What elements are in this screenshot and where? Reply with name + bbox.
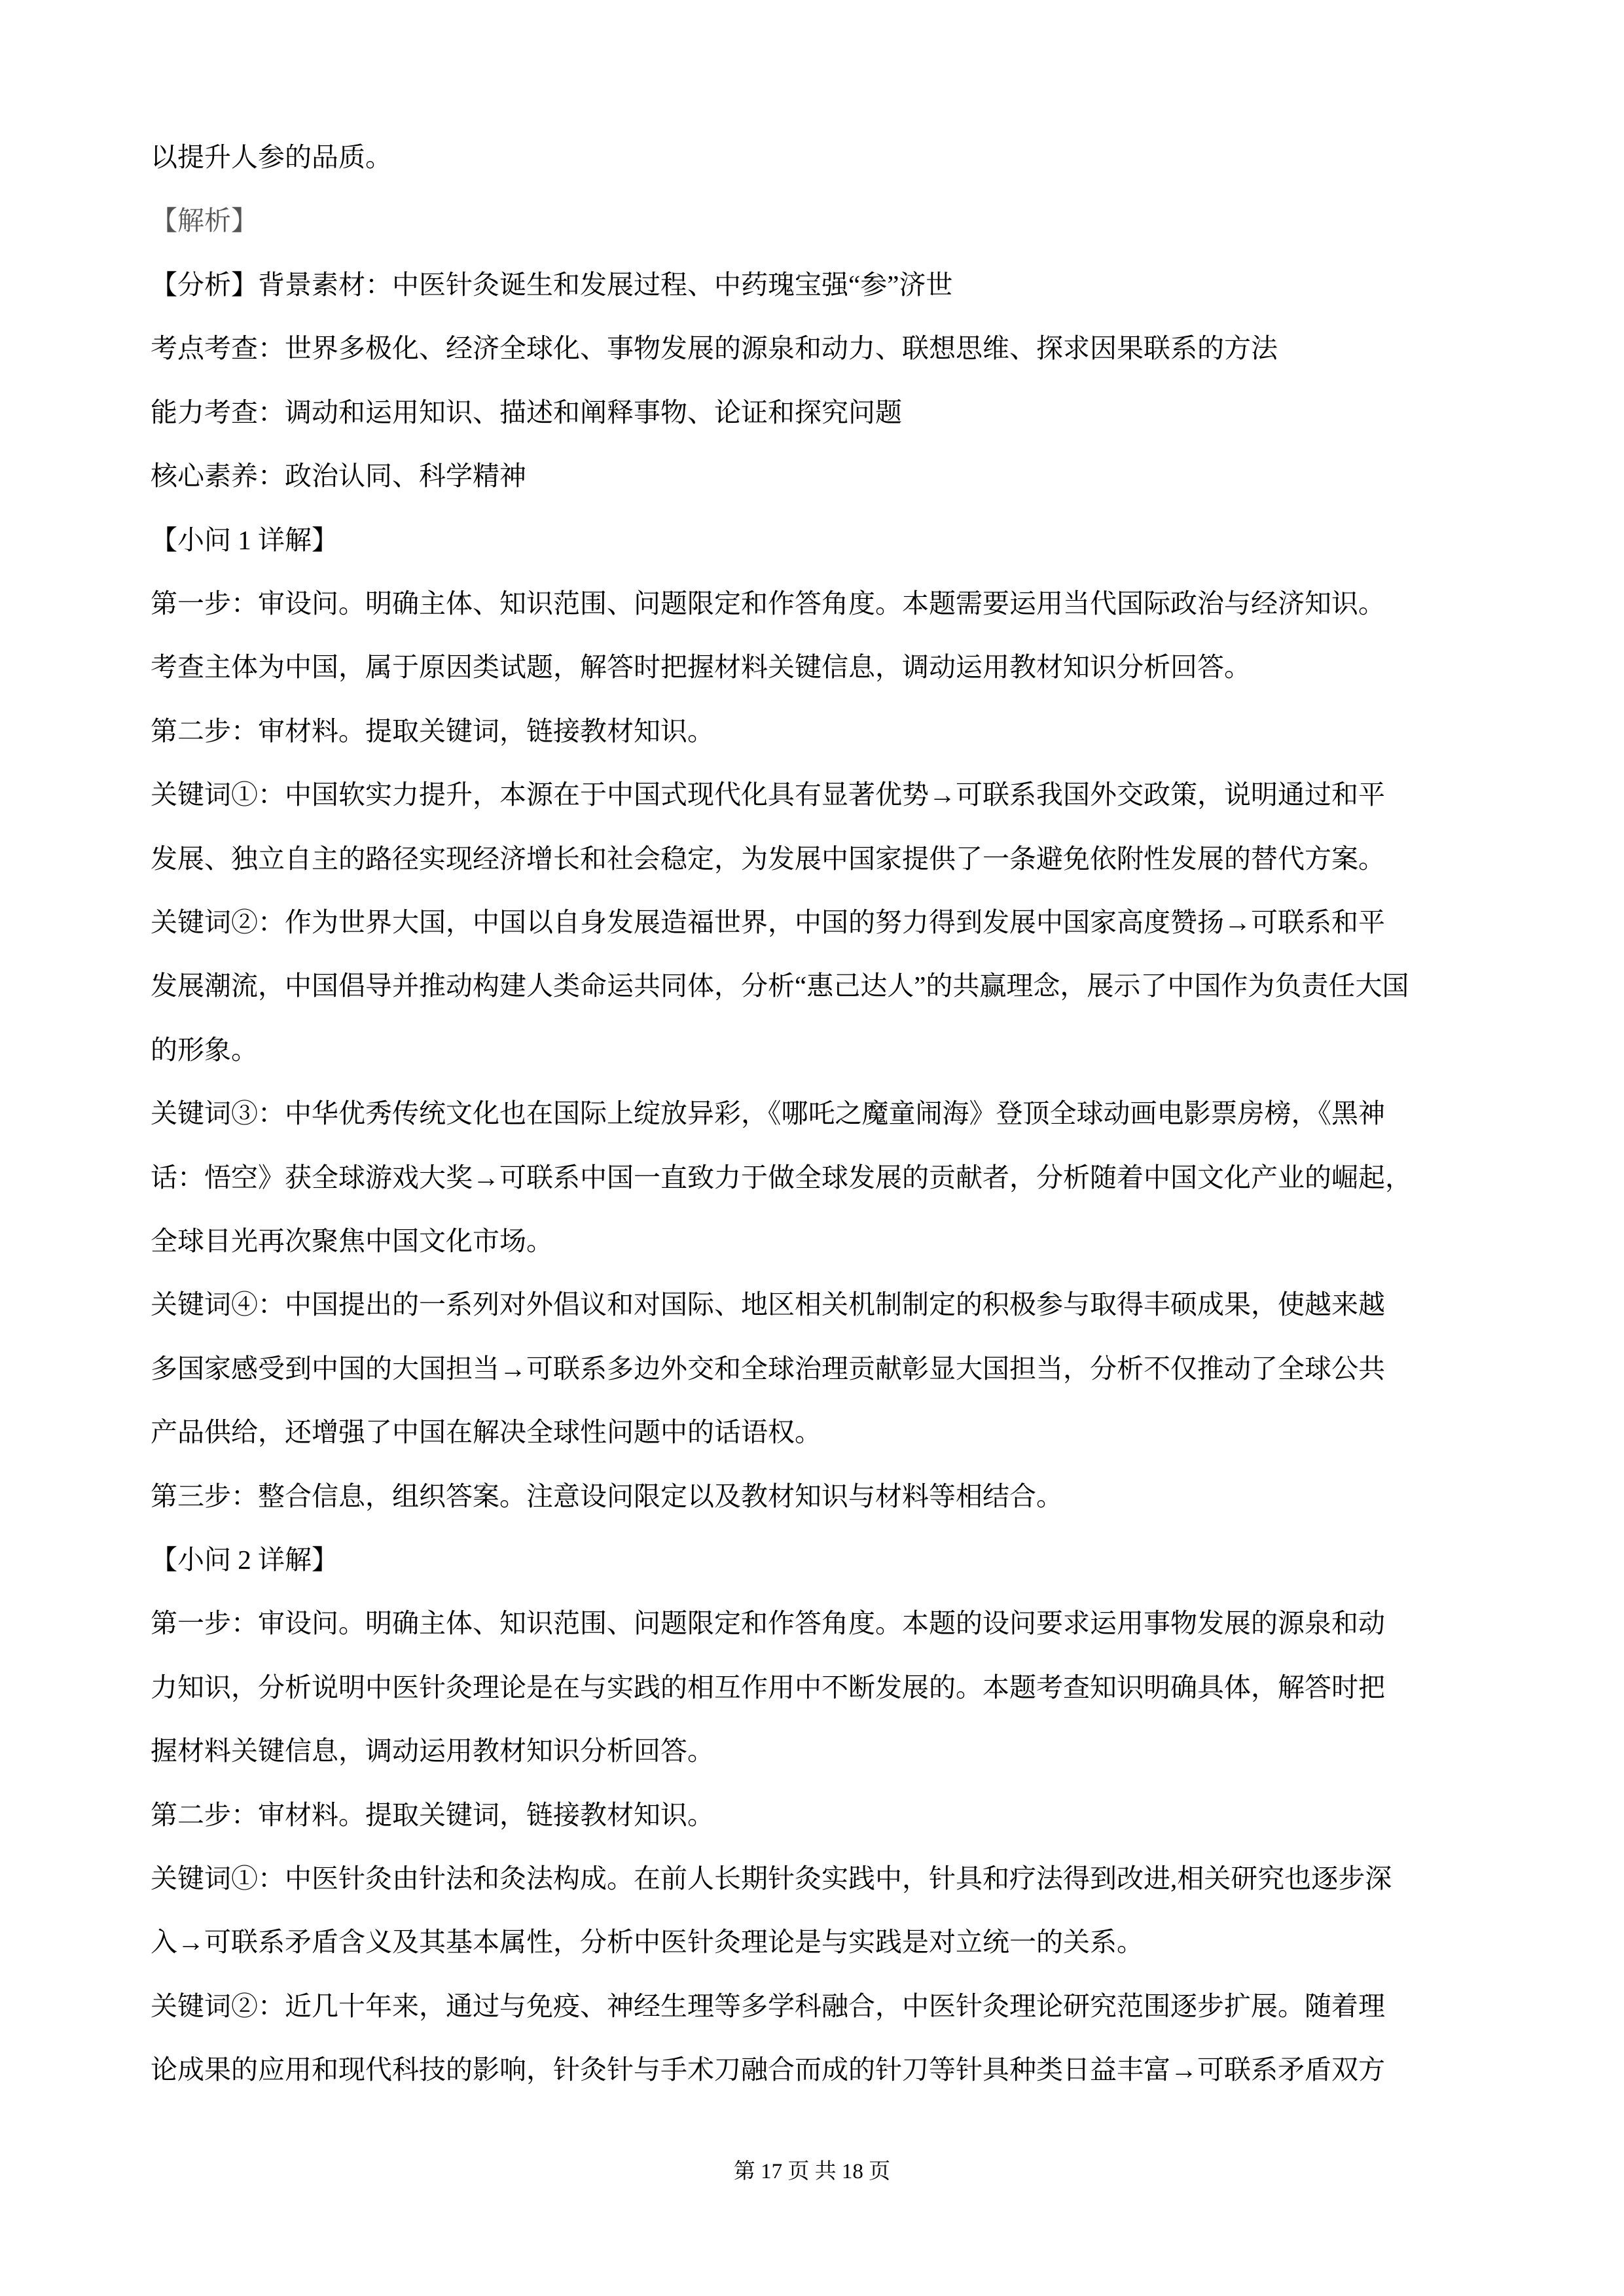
sub-question-2-heading: 【小问 2 详解】 (151, 1540, 1473, 1579)
q1-keyword2-line1: 关键词②：作为世界大国，中国以自身发展造福世界，中国的努力得到发展中国家高度赞扬… (151, 903, 1473, 942)
q2-keyword2-line2: 论成果的应用和现代科技的影响，针灸针与手术刀融合而成的针刀等针具种类日益丰富→可… (151, 2050, 1473, 2089)
q2-step2: 第二步：审材料。提取关键词，链接教材知识。 (151, 1795, 1473, 1835)
document-page: 以提升人参的品质。 【解析】 【分析】背景素材：中医针灸诞生和发展过程、中药瑰宝… (0, 0, 1624, 2296)
q2-keyword2-line1: 关键词②：近几十年来，通过与免疫、神经生理等多学科融合，中医针灸理论研究范围逐步… (151, 1986, 1473, 2026)
q1-keyword1-line1: 关键词①：中国软实力提升，本源在于中国式现代化具有显著优势→可联系我国外交政策，… (151, 775, 1473, 814)
q2-keyword1-line1: 关键词①：中医针灸由针法和灸法构成。在前人长期针灸实践中，针具和疗法得到改进,相… (151, 1859, 1473, 1898)
q1-keyword4-line1: 关键词④：中国提出的一系列对外倡议和对国际、地区相关机制制定的积极参与取得丰硕成… (151, 1285, 1473, 1324)
ability-points: 能力考查：调动和运用知识、描述和阐释事物、论证和探究问题 (151, 393, 1473, 432)
q1-keyword1-line2: 发展、独立自主的路径实现经济增长和社会稳定，为发展中国家提供了一条避免依附性发展… (151, 839, 1473, 878)
q1-step3: 第三步：整合信息，组织答案。注意设问限定以及教材知识与材料等相结合。 (151, 1477, 1473, 1516)
sub-question-1-heading: 【小问 1 详解】 (151, 520, 1473, 560)
q1-keyword2-line3: 的形象。 (151, 1030, 1473, 1069)
section-heading-analysis: 【解析】 (151, 201, 1473, 240)
q1-keyword3-line1: 关键词③：中华优秀传统文化也在国际上绽放异彩，《哪吒之魔童闹海》登顶全球动画电影… (151, 1094, 1473, 1133)
continued-answer-text: 以提升人参的品质。 (151, 137, 1473, 177)
q2-step1-line1: 第一步：审设问。明确主体、知识范围、问题限定和作答角度。本题的设问要求运用事物发… (151, 1604, 1473, 1643)
q1-keyword3-line3: 全球目光再次聚焦中国文化市场。 (151, 1221, 1473, 1261)
page-number-footer: 第 17 页 共 18 页 (0, 2157, 1624, 2186)
q1-step1-line1: 第一步：审设问。明确主体、知识范围、问题限定和作答角度。本题需要运用当代国际政治… (151, 584, 1473, 623)
q2-step1-line3: 握材料关键信息，调动运用教材知识分析回答。 (151, 1731, 1473, 1770)
analysis-background: 【分析】背景素材：中医针灸诞生和发展过程、中药瑰宝强“参”济世 (151, 265, 1473, 304)
q1-keyword2-line2: 发展潮流，中国倡导并推动构建人类命运共同体，分析“惠己达人”的共赢理念，展示了中… (151, 966, 1473, 1005)
core-literacy: 核心素养：政治认同、科学精神 (151, 456, 1473, 495)
q1-keyword3-line2: 话：悟空》获全球游戏大奖→可联系中国一直致力于做全球发展的贡献者，分析随着中国文… (151, 1158, 1473, 1197)
q2-step1-line2: 力知识，分析说明中医针灸理论是在与实践的相互作用中不断发展的。本题考查知识明确具… (151, 1668, 1473, 1707)
exam-points: 考点考查：世界多极化、经济全球化、事物发展的源泉和动力、联想思维、探求因果联系的… (151, 329, 1473, 368)
q1-step1-line2: 考查主体为中国，属于原因类试题，解答时把握材料关键信息，调动运用教材知识分析回答… (151, 647, 1473, 687)
q1-keyword4-line2: 多国家感受到中国的大国担当→可联系多边外交和全球治理贡献彰显大国担当，分析不仅推… (151, 1349, 1473, 1388)
q1-keyword4-line3: 产品供给，还增强了中国在解决全球性问题中的话语权。 (151, 1412, 1473, 1452)
q1-step2: 第二步：审材料。提取关键词，链接教材知识。 (151, 711, 1473, 751)
q2-keyword1-line2: 入→可联系矛盾含义及其基本属性，分析中医针灸理论是与实践是对立统一的关系。 (151, 1922, 1473, 1962)
